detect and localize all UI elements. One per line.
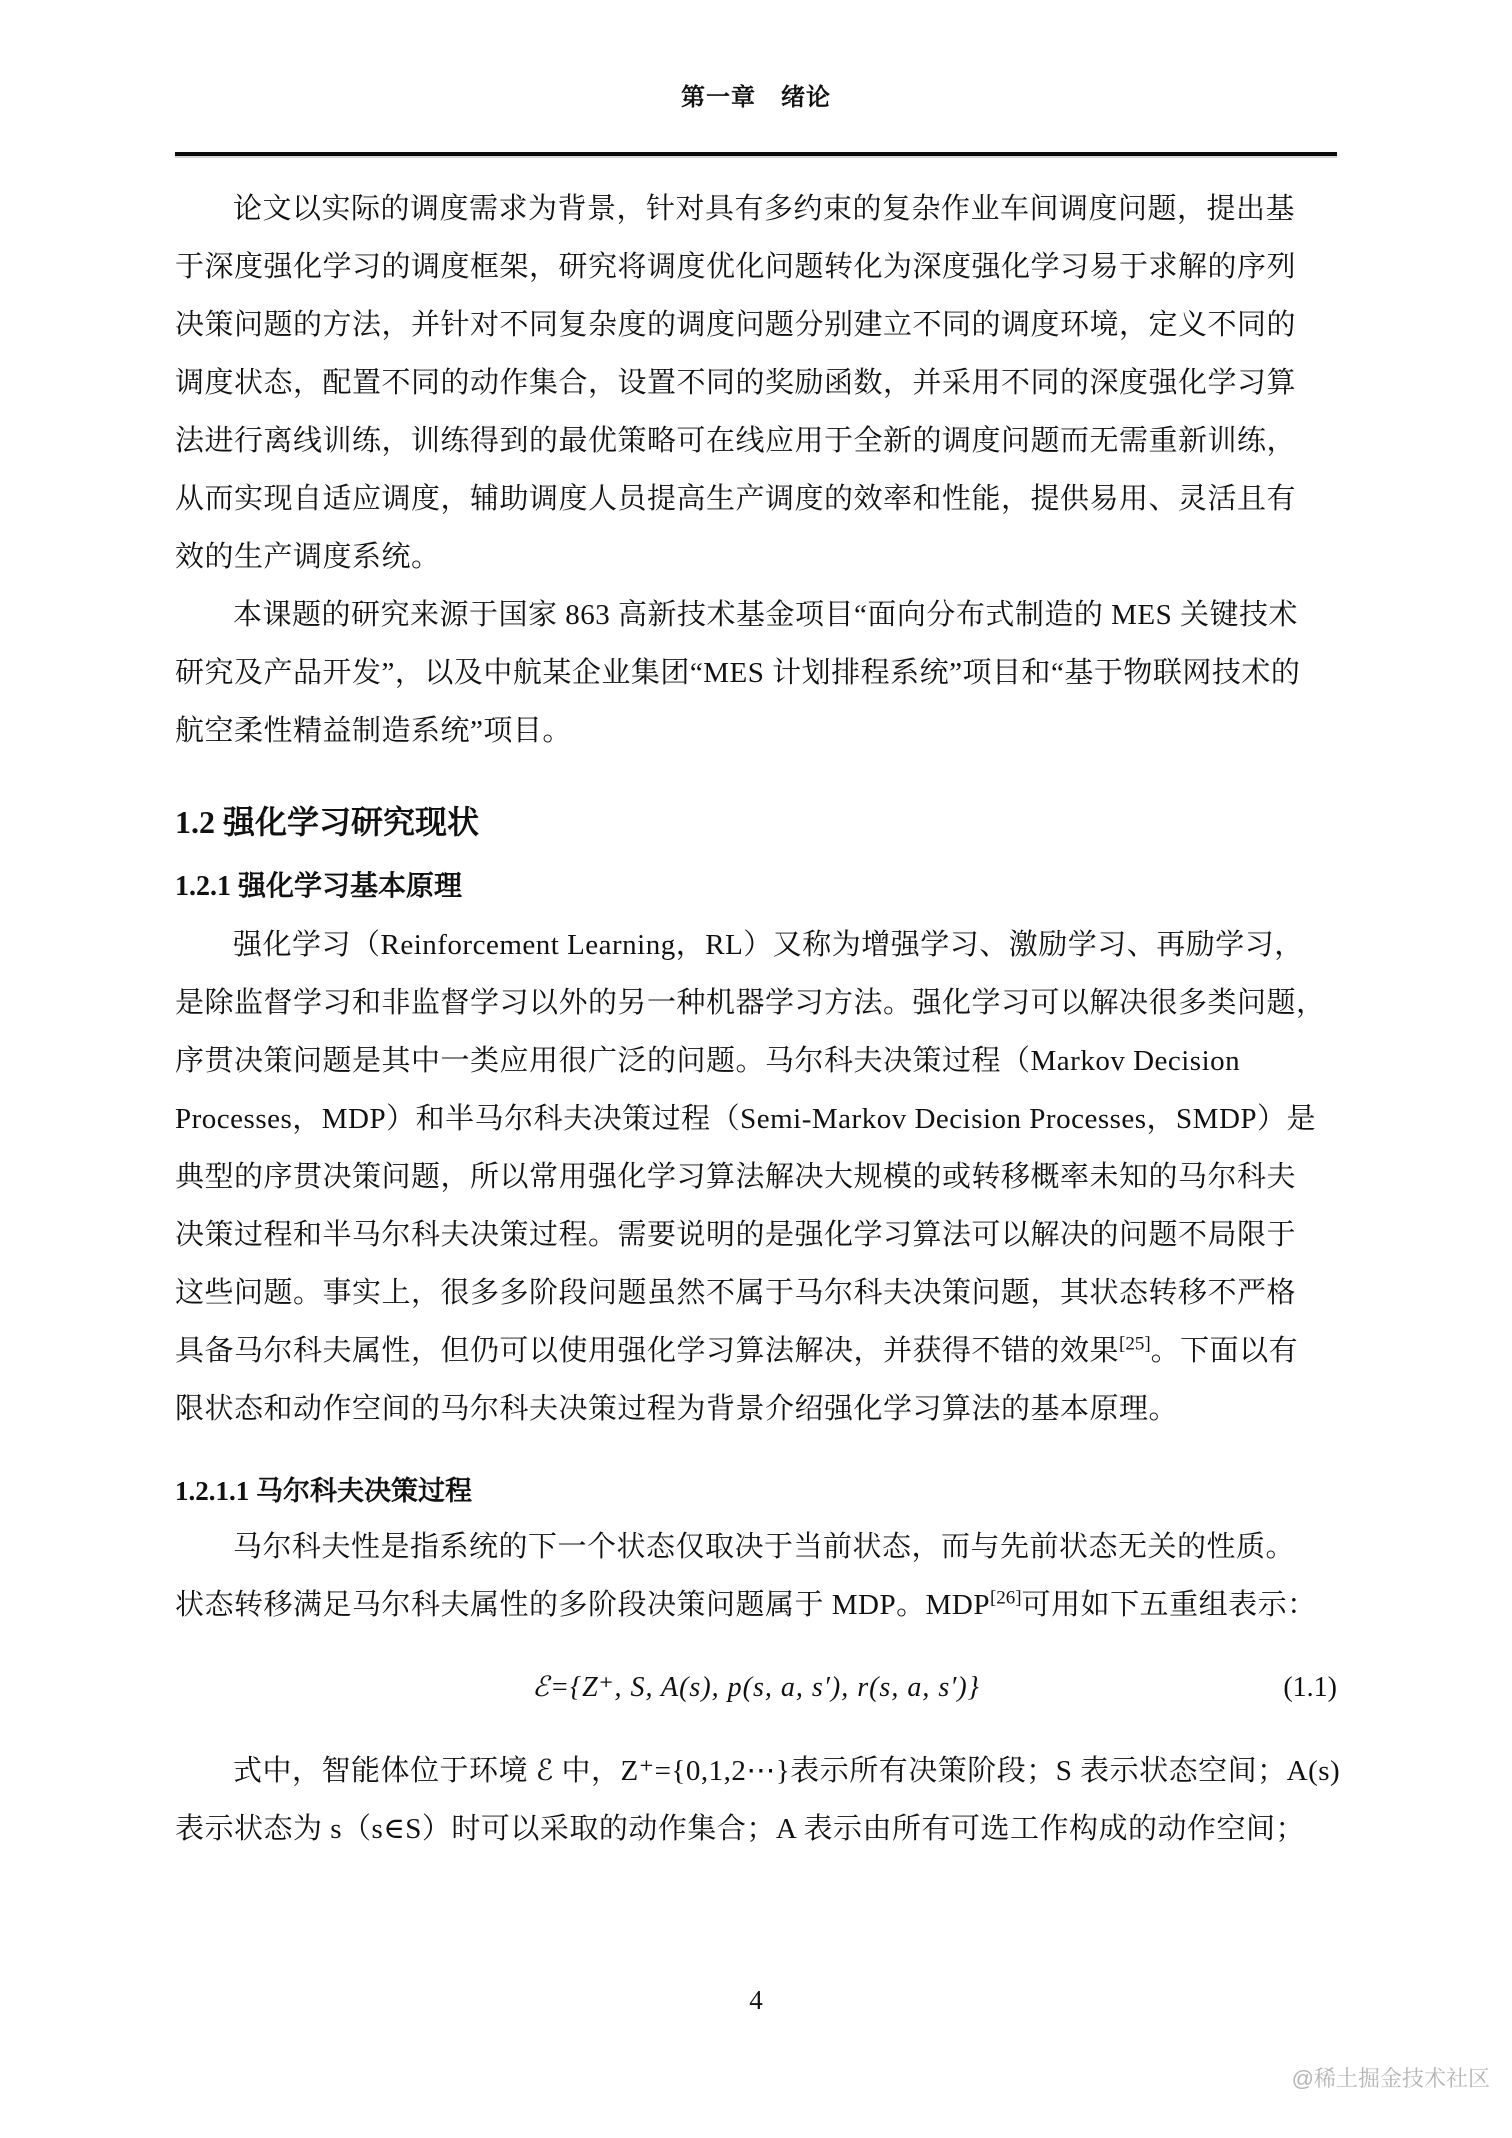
body-line: 典型的序贯决策问题，所以常用强化学习算法解决大规模的或转移概率未知的马尔科夫 (175, 1148, 1337, 1206)
body-line: 调度状态，配置不同的动作集合，设置不同的奖励函数，并采用不同的深度强化学习算 (175, 354, 1337, 412)
body-line: 航空柔性精益制造系统”项目。 (175, 702, 1337, 760)
body-line: 马尔科夫性是指系统的下一个状态仅取决于当前状态，而与先前状态无关的性质。 (175, 1518, 1337, 1576)
equation-row: ℰ={Z⁺, S, A(s), p(s, a, s′), r(s, a, s′)… (175, 1656, 1337, 1720)
paragraph-4: 马尔科夫性是指系统的下一个状态仅取决于当前状态，而与先前状态无关的性质。 状态转… (175, 1518, 1337, 1634)
citation-ref-25: [25] (1119, 1333, 1151, 1354)
header-rule (175, 152, 1337, 156)
body-line: 效的生产调度系统。 (175, 528, 1337, 586)
paragraph-3: 强化学习（Reinforcement Learning，RL）又称为增强学习、激… (175, 916, 1337, 1438)
body-line-with-citation: 状态转移满足马尔科夫属性的多阶段决策问题属于 MDP。MDP[26]可用如下五重… (175, 1576, 1337, 1634)
body-line: 表示状态为 s（s∈S）时可以采取的动作集合；A 表示由所有可选工作构成的动作空… (175, 1800, 1337, 1858)
paragraph-1: 论文以实际的调度需求为背景，针对具有多约束的复杂作业车间调度问题，提出基 于深度… (175, 180, 1337, 586)
citation-ref-26: [26] (990, 1587, 1022, 1608)
paragraph-5: 式中，智能体位于环境 ℰ 中，Z⁺={0,1,2⋯}表示所有决策阶段；S 表示状… (175, 1742, 1337, 1858)
body-line: 这些问题。事实上，很多多阶段问题虽然不属于马尔科夫决策问题，其状态转移不严格 (175, 1264, 1337, 1322)
body-line: Processes，MDP）和半马尔科夫决策过程（Semi-Markov Dec… (175, 1090, 1337, 1148)
section-heading-1-2: 1.2 强化学习研究现状 (175, 798, 1337, 846)
body-line: 限状态和动作空间的马尔科夫决策过程为背景介绍强化学习算法的基本原理。 (175, 1380, 1337, 1438)
body-line: 法进行离线训练，训练得到的最优策略可在线应用于全新的调度问题而无需重新训练， (175, 412, 1337, 470)
page-header-title: 第一章 绪论 (175, 80, 1337, 116)
body-line: 论文以实际的调度需求为背景，针对具有多约束的复杂作业车间调度问题，提出基 (175, 180, 1337, 238)
body-line-with-citation: 具备马尔科夫属性，但仍可以使用强化学习算法解决，并获得不错的效果[25]。下面以… (175, 1322, 1337, 1380)
body-line: 决策过程和半马尔科夫决策过程。需要说明的是强化学习算法可以解决的问题不局限于 (175, 1206, 1337, 1264)
page-number: 4 (175, 1980, 1337, 2020)
page-body: 论文以实际的调度需求为背景，针对具有多约束的复杂作业车间调度问题，提出基 于深度… (175, 180, 1337, 2020)
section-heading-1-2-1-1: 1.2.1.1 马尔科夫决策过程 (175, 1470, 1337, 1512)
body-line: 决策问题的方法，并针对不同复杂度的调度问题分别建立不同的调度环境，定义不同的 (175, 296, 1337, 354)
body-line: 是除监督学习和非监督学习以外的另一种机器学习方法。强化学习可以解决很多类问题， (175, 974, 1337, 1032)
body-line: 研究及产品开发”，以及中航某企业集团“MES 计划排程系统”项目和“基于物联网技… (175, 644, 1337, 702)
section-heading-1-2-1: 1.2.1 强化学习基本原理 (175, 866, 1337, 908)
paragraph-2: 本课题的研究来源于国家 863 高新技术基金项目“面向分布式制造的 MES 关键… (175, 586, 1337, 760)
equation-number: (1.1) (1283, 1656, 1337, 1720)
body-text: 状态转移满足马尔科夫属性的多阶段决策问题属于 MDP。MDP (175, 1589, 990, 1621)
body-text: 。下面以有 (1151, 1335, 1299, 1367)
body-line: 于深度强化学习的调度框架，研究将调度优化问题转化为深度强化学习易于求解的序列 (175, 238, 1337, 296)
body-line: 式中，智能体位于环境 ℰ 中，Z⁺={0,1,2⋯}表示所有决策阶段；S 表示状… (175, 1742, 1337, 1800)
body-line: 强化学习（Reinforcement Learning，RL）又称为增强学习、激… (175, 916, 1337, 974)
body-text: 可用如下五重组表示： (1022, 1589, 1317, 1621)
watermark: @稀土掘金技术社区 (1292, 2062, 1490, 2093)
page-header: 第一章 绪论 (175, 80, 1337, 156)
equation-1-1: ℰ={Z⁺, S, A(s), p(s, a, s′), r(s, a, s′)… (532, 1672, 980, 1703)
body-text: 具备马尔科夫属性，但仍可以使用强化学习算法解决，并获得不错的效果 (175, 1335, 1119, 1367)
body-line: 从而实现自适应调度，辅助调度人员提高生产调度的效率和性能，提供易用、灵活且有 (175, 470, 1337, 528)
body-line: 本课题的研究来源于国家 863 高新技术基金项目“面向分布式制造的 MES 关键… (175, 586, 1337, 644)
document-page: 第一章 绪论 论文以实际的调度需求为背景，针对具有多约束的复杂作业车间调度问题，… (0, 0, 1512, 2138)
body-line: 序贯决策问题是其中一类应用很广泛的问题。马尔科夫决策过程（Markov Deci… (175, 1032, 1337, 1090)
